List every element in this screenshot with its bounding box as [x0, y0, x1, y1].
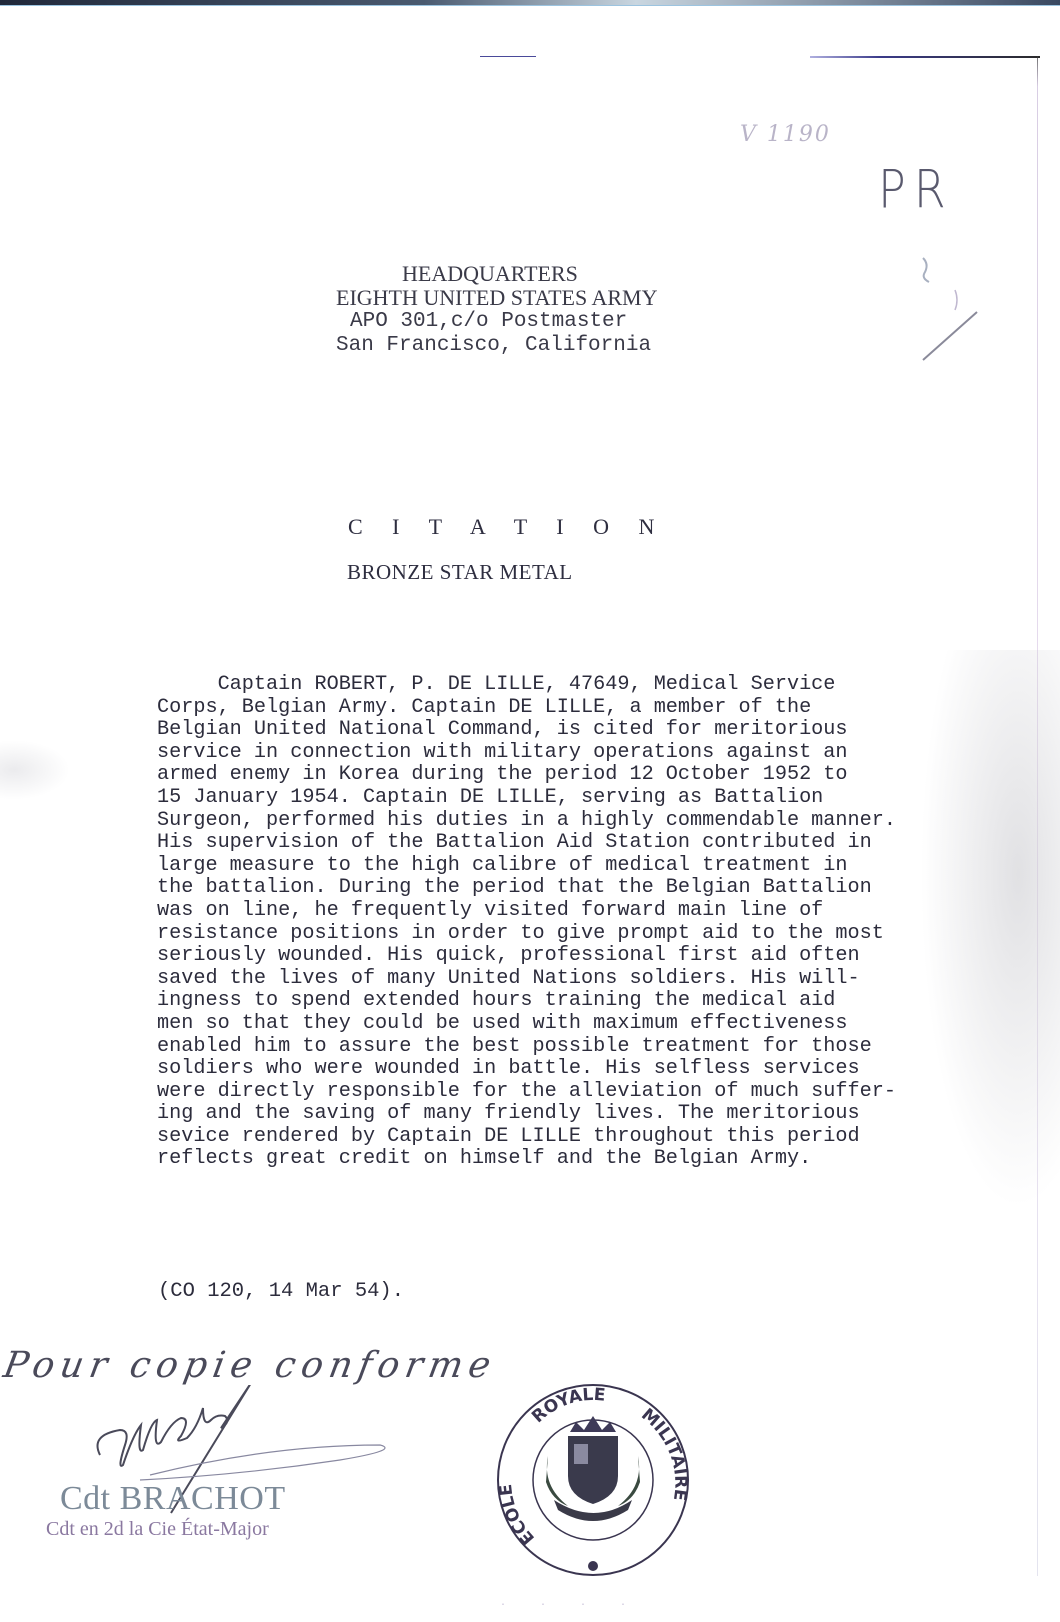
- citation-line: service in connection with military oper…: [157, 742, 1017, 765]
- svg-text:MILITAIRE: MILITAIRE: [637, 1405, 690, 1502]
- citation-line: sevice rendered by Captain DE LILLE thro…: [157, 1126, 1017, 1149]
- citation-line: large measure to the high calibre of med…: [157, 855, 1017, 878]
- letterhead: HEADQUARTERS EIGHTH UNITED STATES ARMY A…: [320, 262, 720, 358]
- letterhead-line-4: San Francisco, California: [320, 334, 720, 358]
- handwritten-certification: Pour copie conforme: [0, 1345, 499, 1386]
- scan-shadow-left: [0, 740, 70, 800]
- signatory-stamp-role: Cdt en 2d la Cie État-Major: [46, 1518, 269, 1541]
- citation-line: ingness to spend extended hours training…: [157, 990, 1017, 1013]
- paper-edge-top: [810, 56, 1040, 58]
- letterhead-line-2: EIGHTH UNITED STATES ARMY: [320, 286, 720, 310]
- scan-speckles: · · · ·: [500, 1600, 640, 1611]
- handwritten-initials: PR: [878, 158, 954, 220]
- citation-line: His supervision of the Battalion Aid Sta…: [157, 832, 1017, 855]
- handwritten-reference-number: V 1190: [740, 122, 831, 147]
- scan-edge-highlight: [0, 5, 1060, 6]
- citation-line: saved the lives of many United Nations s…: [157, 968, 1017, 991]
- document-title: C I T A T I O N: [348, 514, 666, 540]
- svg-text:ECOLE: ECOLE: [496, 1483, 539, 1548]
- handwritten-mark-icon: [915, 250, 985, 370]
- seal-text-left: ECOLE: [496, 1483, 539, 1548]
- citation-line: the battalion. During the period that th…: [157, 877, 1017, 900]
- letterhead-line-1: HEADQUARTERS: [320, 262, 720, 286]
- citation-line: men so that they could be used with maxi…: [157, 1013, 1017, 1036]
- citation-body: Captain ROBERT, P. DE LILLE, 47649, Medi…: [157, 674, 1017, 1171]
- citation-line: ing and the saving of many friendly live…: [157, 1103, 1017, 1126]
- citation-line: seriously wounded. His quick, profession…: [157, 945, 1017, 968]
- letterhead-line-3: APO 301,c/o Postmaster: [320, 310, 720, 334]
- ecole-royale-militaire-seal-icon: ROYALE ECOLE MILITAIRE: [488, 1370, 698, 1580]
- citation-line: Captain ROBERT, P. DE LILLE, 47649, Medi…: [157, 674, 1017, 697]
- paper-edge-mark: [480, 56, 536, 57]
- order-reference: (CO 120, 14 Mar 54).: [158, 1280, 404, 1303]
- citation-line: soldiers who were wounded in battle. His…: [157, 1058, 1017, 1081]
- citation-line: was on line, he frequently visited forwa…: [157, 900, 1017, 923]
- citation-line: Belgian United National Command, is cite…: [157, 719, 1017, 742]
- document-subtitle: BRONZE STAR METAL: [347, 560, 573, 585]
- seal-text-right: MILITAIRE: [637, 1405, 690, 1502]
- citation-line: Corps, Belgian Army. Captain DE LILLE, a…: [157, 697, 1017, 720]
- citation-line: were directly responsible for the allevi…: [157, 1081, 1017, 1104]
- citation-line: resistance positions in order to give pr…: [157, 923, 1017, 946]
- citation-line: Surgeon, performed his duties in a highl…: [157, 810, 1017, 833]
- citation-line: armed enemy in Korea during the period 1…: [157, 764, 1017, 787]
- citation-line: reflects great credit on himself and the…: [157, 1148, 1017, 1171]
- citation-line: enabled him to assure the best possible …: [157, 1036, 1017, 1059]
- signatory-stamp-name: Cdt BRACHOT: [60, 1480, 286, 1518]
- citation-line: 15 January 1954. Captain DE LILLE, servi…: [157, 787, 1017, 810]
